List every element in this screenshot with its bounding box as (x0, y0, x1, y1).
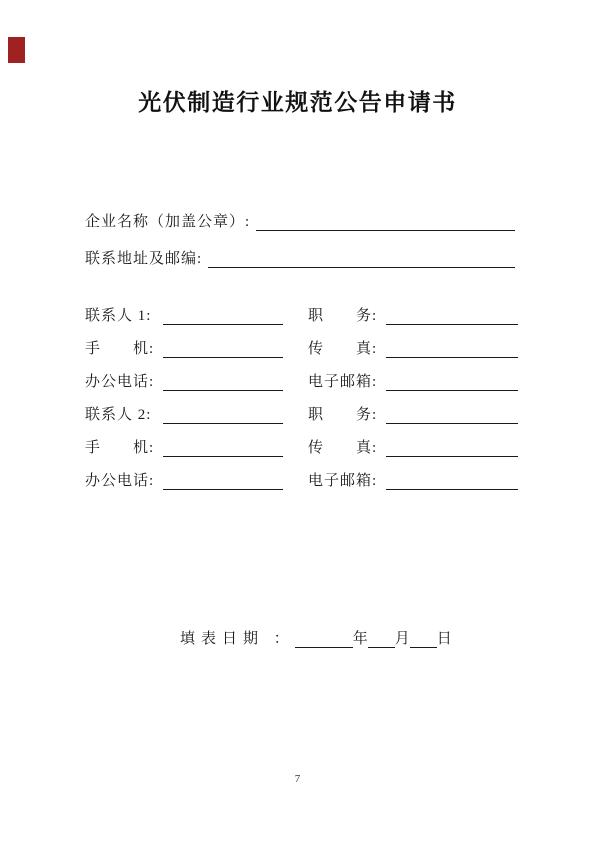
date-day-blank[interactable] (410, 645, 437, 648)
page-number: 7 (0, 773, 595, 785)
contact1-name-field: 联系人 1: (85, 303, 283, 325)
month-suffix-label: 月 (395, 627, 410, 648)
contact2-fax-label: 传 真: (308, 436, 380, 457)
contact2-office-phone-blank[interactable] (163, 487, 283, 490)
contact2-email-label: 电子邮箱: (308, 469, 380, 490)
contact2-name-label: 联系人 2: (85, 403, 157, 424)
contact1-name-title-row: 联系人 1: 职 务: (85, 303, 518, 325)
contact2-mobile-field: 手 机: (85, 435, 283, 457)
contact1-mobile-label: 手 机: (85, 337, 157, 358)
contacts-section: 联系人 1: 职 务: 手 机: 传 真: 办公电话: (85, 303, 518, 501)
contact2-name-blank[interactable] (163, 421, 283, 424)
contact2-mobile-fax-row: 手 机: 传 真: (85, 435, 518, 457)
page-title: 光伏制造行业规范公告申请书 (0, 84, 595, 117)
contact1-title-field: 职 务: (308, 303, 518, 325)
contact1-mobile-blank[interactable] (163, 355, 283, 358)
contact2-name-title-row: 联系人 2: 职 务: (85, 402, 518, 424)
contact1-email-blank[interactable] (386, 388, 518, 391)
contact2-email-blank[interactable] (386, 487, 518, 490)
contact1-email-field: 电子邮箱: (308, 369, 518, 391)
contact1-name-label: 联系人 1: (85, 304, 157, 325)
document-page: 光伏制造行业规范公告申请书 企业名称（加盖公章）: 联系地址及邮编: 联系人 1… (0, 0, 595, 841)
contact2-fax-blank[interactable] (386, 454, 518, 457)
contact2-title-label: 职 务: (308, 403, 380, 424)
contact1-fax-field: 传 真: (308, 336, 518, 358)
contact2-mobile-label: 手 机: (85, 436, 157, 457)
date-year-blank[interactable] (295, 645, 353, 648)
company-name-label: 企业名称（加盖公章）: (85, 210, 250, 231)
contact1-fax-blank[interactable] (386, 355, 518, 358)
contact1-name-blank[interactable] (163, 322, 283, 325)
red-square-marker (8, 37, 25, 63)
contact2-title-field: 职 务: (308, 402, 518, 424)
contact1-phone-email-row: 办公电话: 电子邮箱: (85, 369, 518, 391)
contact2-fax-field: 传 真: (308, 435, 518, 457)
company-name-blank[interactable] (256, 228, 515, 231)
contact2-title-blank[interactable] (386, 421, 518, 424)
contact1-office-phone-field: 办公电话: (85, 369, 283, 391)
address-postcode-row: 联系地址及邮编: (85, 247, 515, 268)
contact1-fax-label: 传 真: (308, 337, 380, 358)
contact1-title-blank[interactable] (386, 322, 518, 325)
address-postcode-blank[interactable] (208, 265, 515, 268)
contact1-email-label: 电子邮箱: (308, 370, 380, 391)
date-month-blank[interactable] (368, 645, 395, 648)
fill-date-line: 填表日期 ： 年 月 日 (180, 628, 452, 648)
contact1-mobile-fax-row: 手 机: 传 真: (85, 336, 518, 358)
contact1-office-phone-blank[interactable] (163, 388, 283, 391)
day-suffix-label: 日 (437, 627, 452, 648)
company-info-section: 企业名称（加盖公章）: 联系地址及邮编: (85, 210, 515, 284)
address-postcode-label: 联系地址及邮编: (85, 247, 202, 268)
contact2-email-field: 电子邮箱: (308, 468, 518, 490)
contact2-office-phone-field: 办公电话: (85, 468, 283, 490)
contact1-mobile-field: 手 机: (85, 336, 283, 358)
company-name-row: 企业名称（加盖公章）: (85, 210, 515, 231)
contact2-office-phone-label: 办公电话: (85, 469, 157, 490)
year-suffix-label: 年 (353, 627, 368, 648)
contact2-mobile-blank[interactable] (163, 454, 283, 457)
contact1-title-label: 职 务: (308, 304, 380, 325)
contact2-name-field: 联系人 2: (85, 402, 283, 424)
contact1-office-phone-label: 办公电话: (85, 370, 157, 391)
fill-date-label: 填表日期 ： (180, 627, 295, 648)
contact2-phone-email-row: 办公电话: 电子邮箱: (85, 468, 518, 490)
